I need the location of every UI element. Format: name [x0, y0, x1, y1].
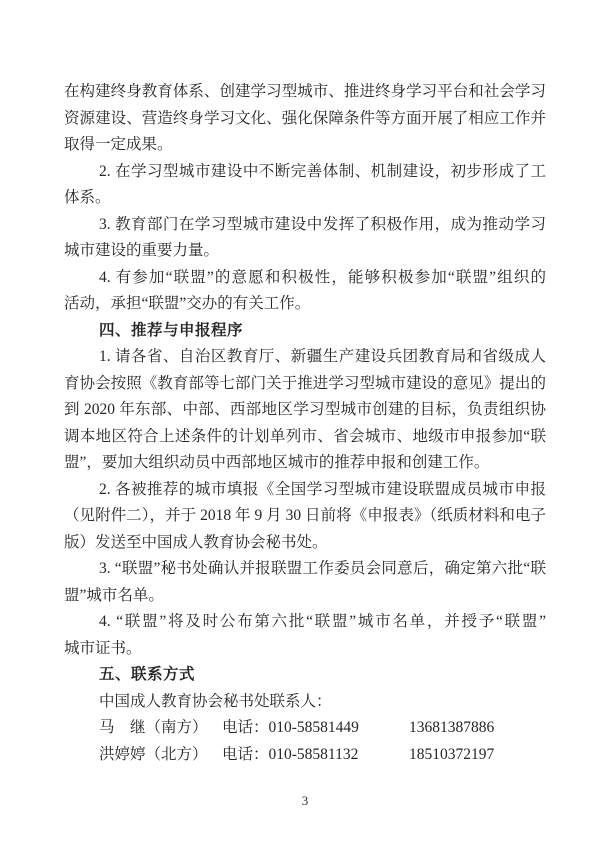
- contact-mobile-number: 18510372197: [409, 742, 494, 769]
- body-line: 2. 在学习型城市建设中不断完善体制、机制建设，初步形成了工作: [64, 159, 546, 186]
- body-line: 育协会按照《教育部等七部门关于推进学习型城市建设的意见》提出的: [64, 371, 546, 398]
- contact-phone-number: 010-58581449: [269, 719, 359, 736]
- body-line: 3. 教育部门在学习型城市建设中发挥了积极作用，成为推动学习型: [64, 212, 546, 239]
- body-line: 到 2020 年东部、中部、西部地区学习型城市创建的目标，负责组织协: [64, 397, 546, 424]
- contact-phone-number: 010-58581132: [269, 746, 359, 763]
- contact-row: 洪婷婷（北方） 电话：010-58581132 18510372197: [64, 742, 546, 769]
- body-line: 资源建设、营造终身学习文化、强化保障条件等方面开展了相应工作并: [64, 106, 546, 133]
- body-line: 版）发送至中国成人教育协会秘书处。: [64, 530, 546, 557]
- body-line: 取得一定成果。: [64, 132, 546, 159]
- contact-name: 洪婷婷（北方）: [99, 742, 222, 769]
- body-line: （见附件二），并于 2018 年 9 月 30 日前将《申报表》（纸质材料和电子: [64, 503, 546, 530]
- body-line: 2. 各被推荐的城市填报《全国学习型城市建设联盟成员城市申报表》: [64, 477, 546, 504]
- body-line: 城市证书。: [64, 636, 546, 663]
- body-line: 在构建终身教育体系、创建学习型城市、推进终身学习平台和社会学习: [64, 79, 546, 106]
- body-line: 盟”城市名单。: [64, 583, 546, 610]
- body-line: 4. 有参加“联盟”的意愿和积极性，能够积极参加“联盟”组织的: [64, 265, 546, 292]
- contact-phone-label: 电话：: [222, 746, 269, 763]
- body-line: 4. “联盟”将及时公布第六批“联盟”城市名单，并授予“联盟”: [64, 609, 546, 636]
- document-page: 在构建终身教育体系、创建学习型城市、推进终身学习平台和社会学习 资源建设、营造终…: [0, 0, 610, 863]
- section-heading-recommendation: 四、推荐与申报程序: [64, 318, 546, 345]
- body-line: 盟”，要加大组织动员中西部地区城市的推荐申报和创建工作。: [64, 450, 546, 477]
- body-line: 调本地区符合上述条件的计划单列市、省会城市、地级市申报参加“联: [64, 424, 546, 451]
- contact-phone: 电话：010-58581449: [222, 715, 384, 742]
- body-line: 1. 请各省、自治区教育厅、新疆生产建设兵团教育局和省级成人教: [64, 344, 546, 371]
- contact-mobile-number: 13681387886: [409, 715, 494, 742]
- contact-name: 马 继（南方）: [99, 715, 222, 742]
- contact-intro-line: 中国成人教育协会秘书处联系人：: [64, 689, 546, 716]
- contact-row: 马 继（南方） 电话：010-58581449 13681387886: [64, 715, 546, 742]
- contact-phone: 电话：010-58581132: [222, 742, 384, 769]
- body-line: 体系。: [64, 185, 546, 212]
- contact-phone-label: 电话：: [222, 719, 269, 736]
- page-number: 3: [0, 793, 610, 809]
- section-heading-contact: 五、联系方式: [64, 662, 546, 689]
- body-line: 活动，承担“联盟”交办的有关工作。: [64, 291, 546, 318]
- body-line: 3. “联盟”秘书处确认并报联盟工作委员会同意后，确定第六批“联: [64, 556, 546, 583]
- document-body: 在构建终身教育体系、创建学习型城市、推进终身学习平台和社会学习 资源建设、营造终…: [64, 79, 546, 768]
- body-line: 城市建设的重要力量。: [64, 238, 546, 265]
